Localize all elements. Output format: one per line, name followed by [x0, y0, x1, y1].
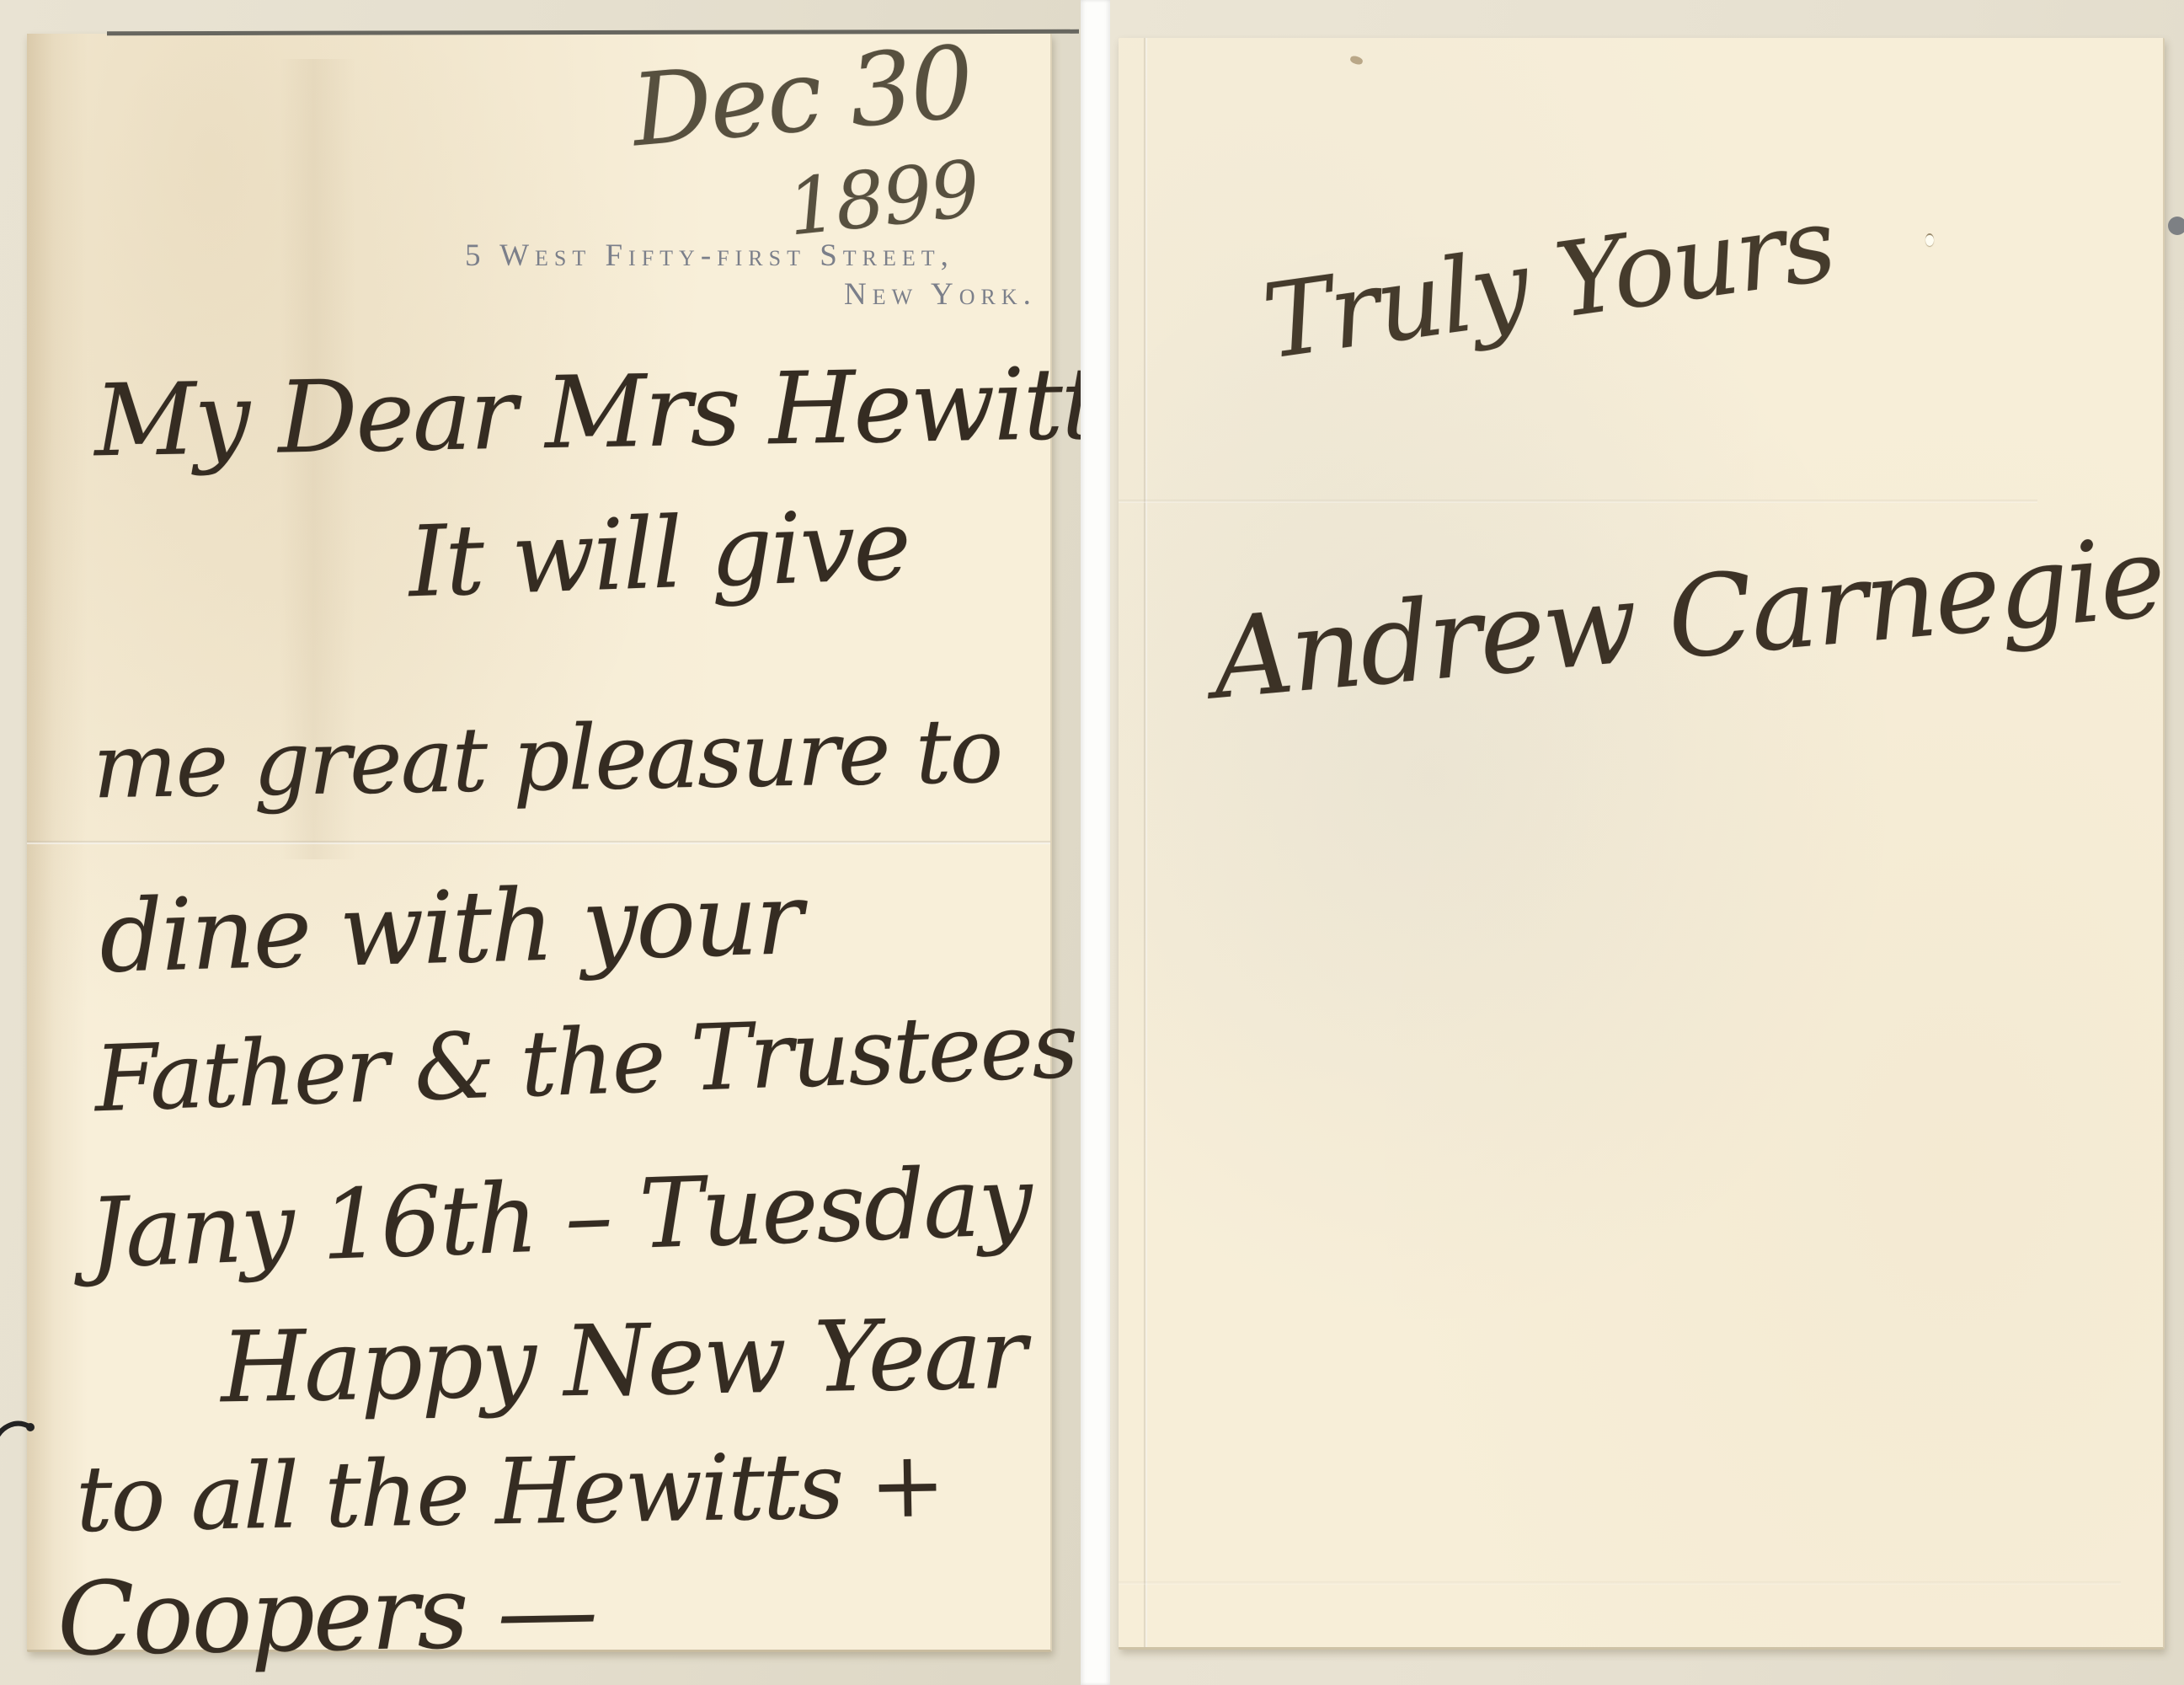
body-line-2: me great pleasure to — [92, 707, 1002, 812]
body-line-7: to all the Hewitts + — [75, 1440, 944, 1546]
pinhole — [1925, 233, 1934, 246]
body-line-6: Happy New Year — [220, 1306, 1026, 1418]
fold-crease-horizontal-lower — [1119, 1581, 2121, 1585]
ink-mark — [0, 1414, 37, 1447]
letterhead-street-line: 5 West Fifty-first Street, — [465, 240, 954, 271]
letter-scan-canvas: Dec 30 1899 5 West Fifty-first Street, N… — [0, 0, 2184, 1685]
body-line-3: dine with your — [99, 869, 803, 987]
fold-crease-vertical — [1144, 38, 1147, 1647]
mat-dot — [2168, 217, 2184, 235]
fold-crease-horizontal — [27, 841, 1050, 844]
body-line-8: Coopers — — [56, 1560, 597, 1671]
letterhead-city-line: New York. — [844, 279, 1037, 310]
right-scan-mat: Truly Yours Andrew Carnegie — [1110, 0, 2184, 1685]
date-year-line: 1899 — [784, 150, 982, 247]
fold-crease-horizontal-upper — [1119, 500, 2037, 503]
scan-divider — [1081, 0, 1110, 1685]
tear-fleck — [1349, 55, 1364, 66]
left-scan-mat: Dec 30 1899 5 West Fifty-first Street, N… — [0, 0, 1081, 1685]
salutation-line: My Dear Mrs Hewitt — [93, 354, 1081, 471]
date-day-line: Dec 30 — [628, 32, 976, 161]
body-line-1: It will give — [407, 497, 910, 612]
